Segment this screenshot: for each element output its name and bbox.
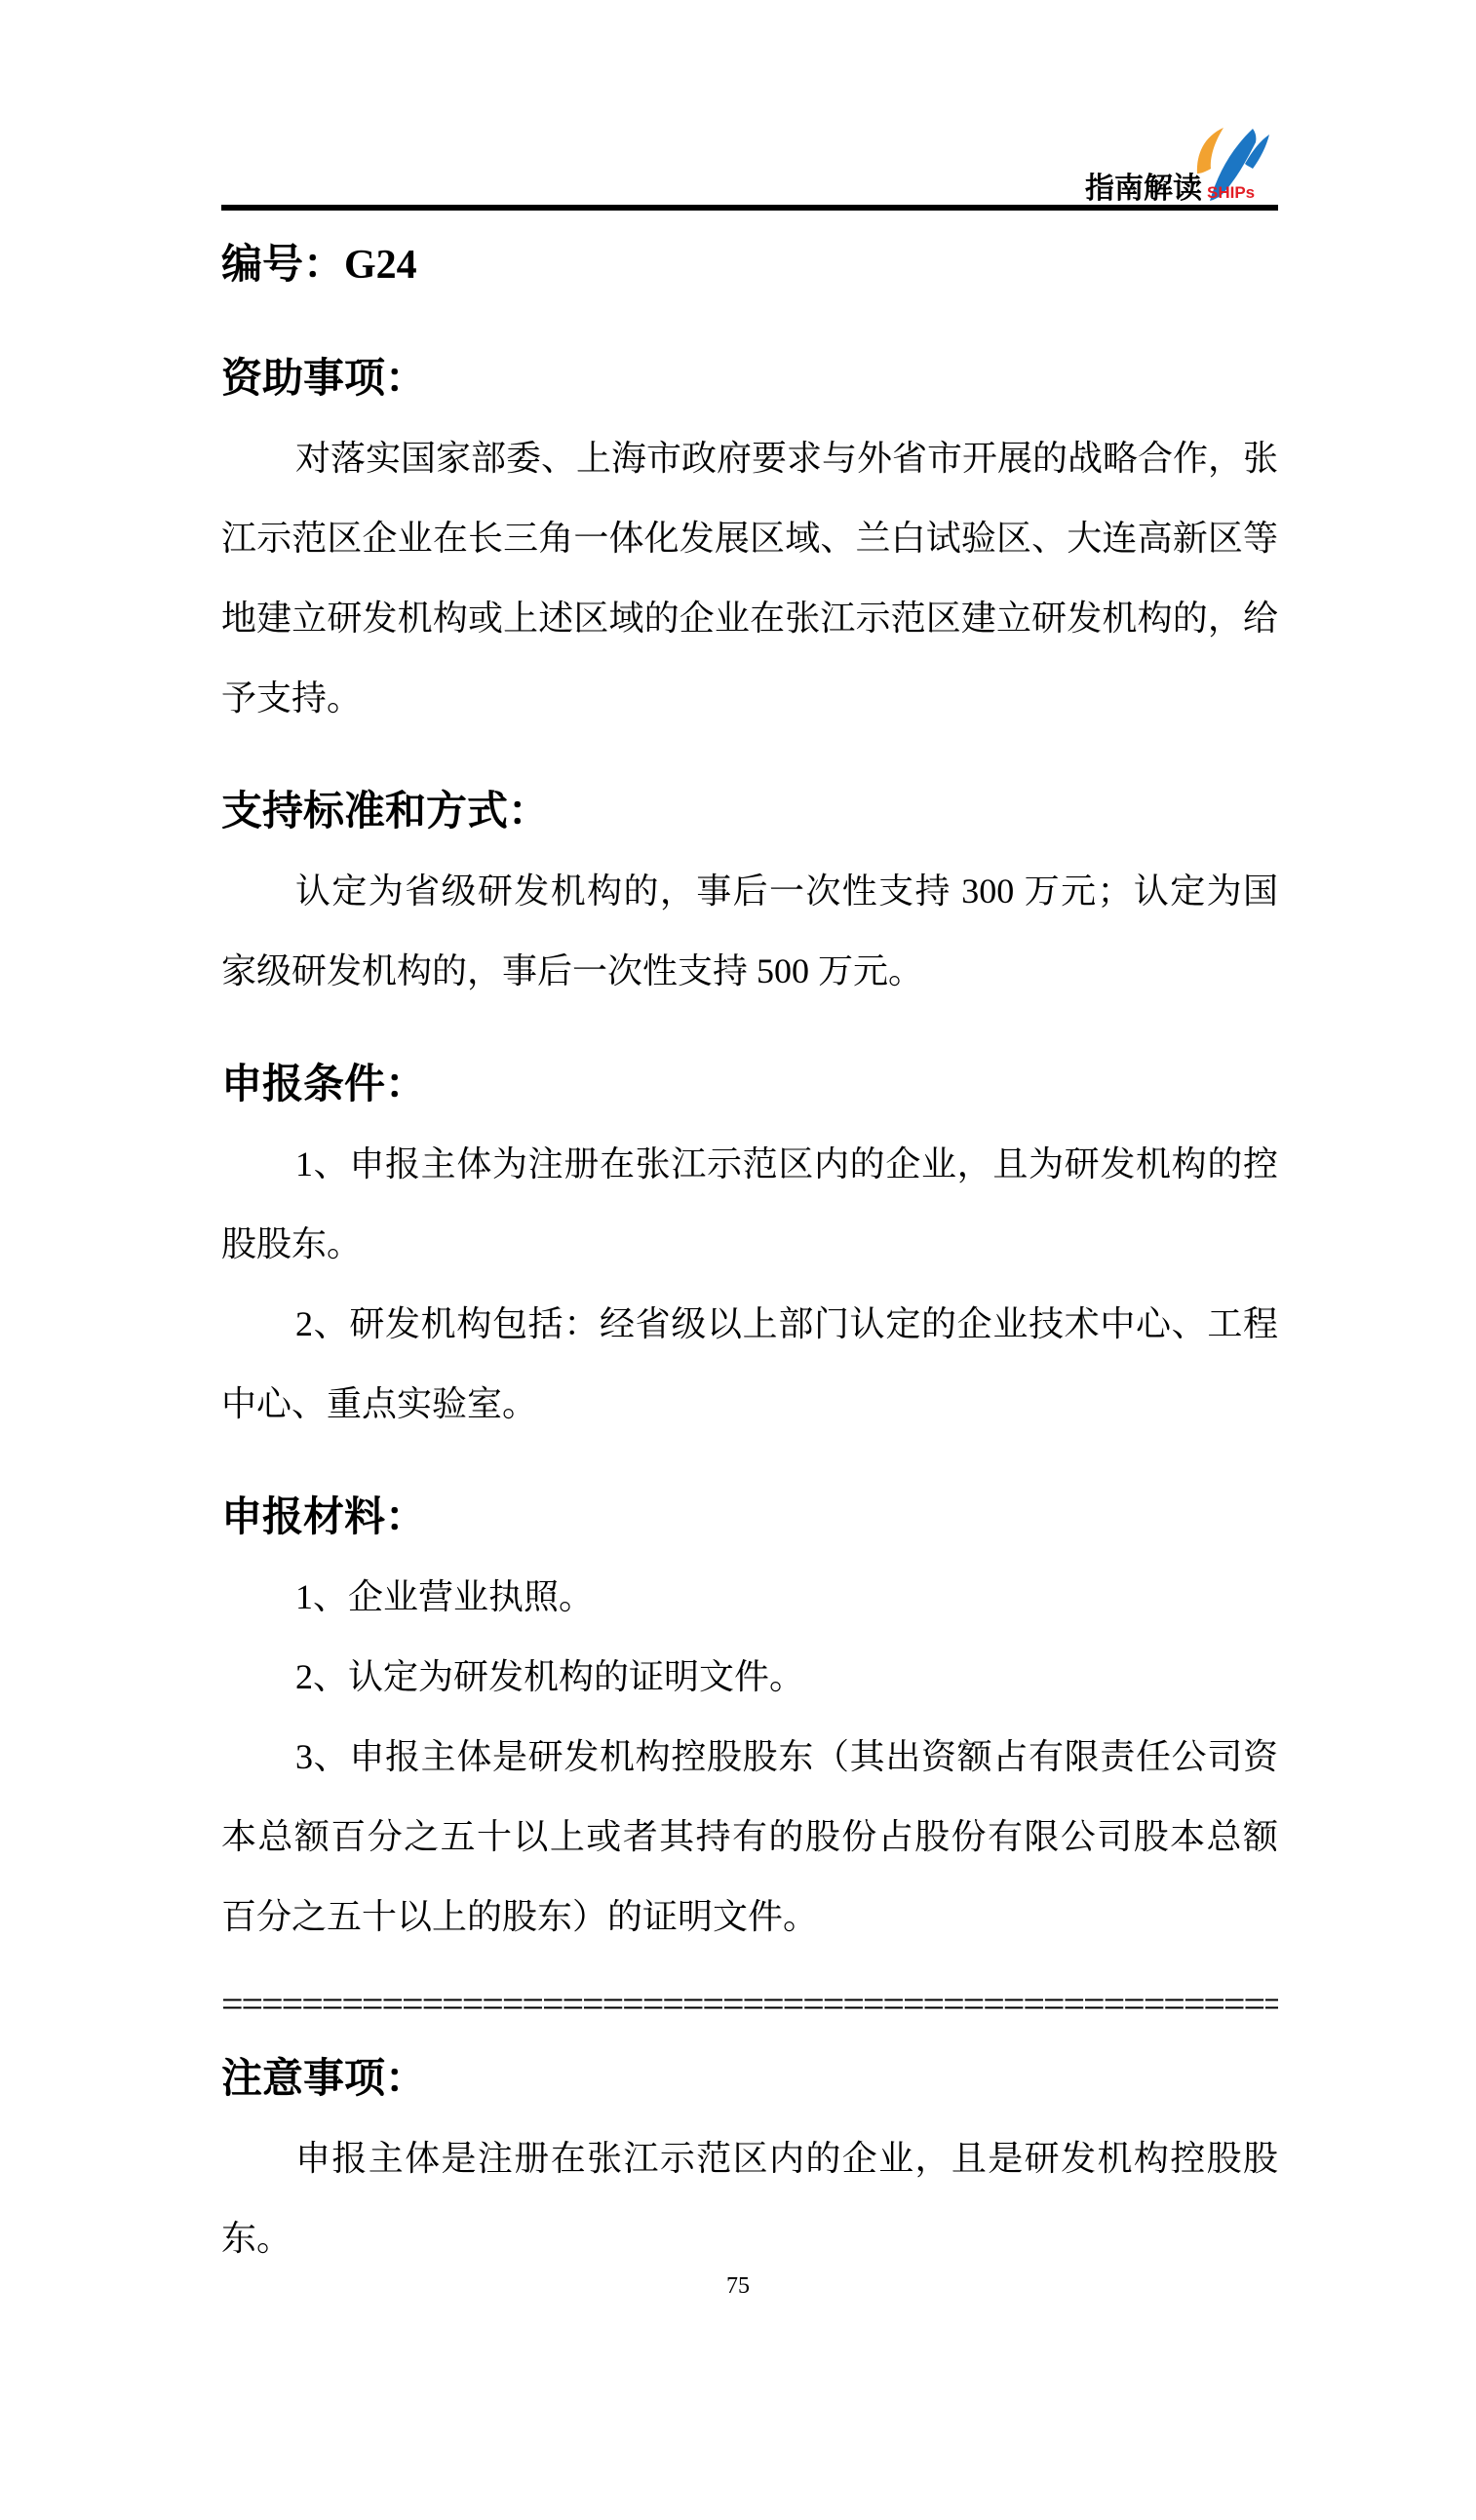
doc-number: 编号：G24	[221, 224, 1278, 305]
doc-number-value: G24	[344, 243, 417, 288]
page-number: 75	[0, 2273, 1476, 2300]
body-line: 对落实国家部委、上海市政府要求与外省市开展的战略合作，张	[221, 418, 1278, 498]
body-line: 本总额百分之五十以上或者其持有的股份占股份有限公司股本总额	[221, 1797, 1278, 1877]
doc-number-label: 编号：	[221, 240, 344, 288]
body-line: 家级研发机构的，事后一次性支持 500 万元。	[221, 931, 1278, 1011]
body-line: 百分之五十以上的股东）的证明文件。	[221, 1877, 1278, 1957]
body-line: 1、申报主体为注册在张江示范区内的企业，且为研发机构的控	[221, 1124, 1278, 1204]
body-line: 2、认定为研发机构的证明文件。	[221, 1637, 1278, 1717]
section-heading: 支持标准和方式：	[221, 771, 1278, 851]
section-heading: 申报材料：	[221, 1477, 1278, 1557]
body-line: 予支持。	[221, 658, 1278, 738]
body-line: 江示范区企业在长三角一体化发展区域、兰白试验区、大连高新区等	[221, 498, 1278, 578]
page: { "header": { "brand_text": "指南解读", "bra…	[0, 0, 1476, 2520]
body-line: 中心、重点实验室。	[221, 1364, 1278, 1444]
body-line: 地建立研发机构或上述区域的企业在张江示范区建立研发机构的，给	[221, 578, 1278, 658]
body-line: 2、研发机构包括：经省级以上部门认定的企业技术中心、工程	[221, 1284, 1278, 1364]
body-line: 东。	[221, 2198, 1278, 2278]
section-heading: 申报条件：	[221, 1044, 1278, 1124]
section-separator: ========================================…	[221, 1970, 1278, 2038]
body-line: 3、申报主体是研发机构控股股东（其出资额占有限责任公司资	[221, 1717, 1278, 1797]
section-heading: 注意事项：	[221, 2038, 1278, 2118]
body-line: 申报主体是注册在张江示范区内的企业，且是研发机构控股股	[221, 2118, 1278, 2198]
body-line: 1、企业营业执照。	[221, 1557, 1278, 1637]
body-line: 认定为省级研发机构的，事后一次性支持 300 万元；认定为国	[221, 851, 1278, 931]
body-line: 股股东。	[221, 1204, 1278, 1284]
document-body: 编号：G24 资助事项：对落实国家部委、上海市政府要求与外省市开展的战略合作，张…	[221, 0, 1278, 2278]
section-heading: 资助事项：	[221, 338, 1278, 418]
